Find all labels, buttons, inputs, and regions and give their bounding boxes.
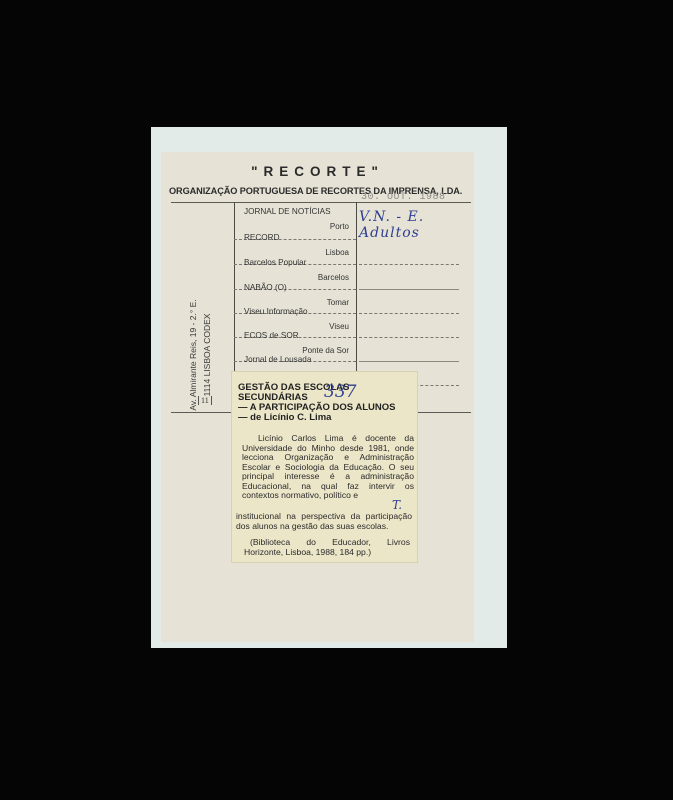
author-line: — de Licínio C. Lima bbox=[238, 413, 331, 423]
notes-line bbox=[359, 313, 459, 314]
handwritten-note: V.N. - E. Adultos bbox=[359, 209, 474, 241]
article-citation: (Biblioteca do Educador, Livros Horizont… bbox=[244, 538, 410, 557]
address-line-2: 1114 LISBOA CODEX bbox=[200, 299, 214, 410]
notes-line bbox=[359, 264, 459, 265]
newspaper-name: ECOS de SOR bbox=[244, 331, 299, 340]
address-block: Av. Almirante Reis, 19 - 2.° E. 1114 LIS… bbox=[165, 270, 235, 440]
newspaper-name: Barcelos Popular bbox=[244, 258, 306, 267]
newspaper-name: Jornal de Lousada bbox=[244, 355, 311, 364]
handwritten-mark: T. bbox=[392, 498, 402, 512]
newspaper-name: RECORD bbox=[244, 233, 279, 242]
article-paragraph-2: institucional na perspectiva da particip… bbox=[236, 512, 412, 531]
newspaper-name: NABÃO (O) bbox=[244, 283, 287, 292]
notes-line bbox=[359, 289, 459, 290]
handwritten-number: 337 bbox=[324, 382, 356, 402]
newspaper-name: Viseu Informação bbox=[244, 307, 308, 316]
address-line-1: Av. Almirante Reis, 19 - 2.° E. bbox=[186, 299, 200, 410]
box-number: 11 bbox=[198, 396, 212, 405]
article-paragraph-1: Licínio Carlos Lima é docente da Univers… bbox=[242, 434, 414, 501]
newspaper-name: JORNAL DE NOTÍCIAS bbox=[244, 207, 331, 216]
card-title: "RECORTE" bbox=[161, 164, 474, 179]
notes-line bbox=[359, 337, 459, 338]
newspaper-clipping: GESTÃO DAS ESCOLAS SECUNDÁRIAS — A PARTI… bbox=[232, 372, 417, 562]
notes-line bbox=[359, 361, 459, 362]
